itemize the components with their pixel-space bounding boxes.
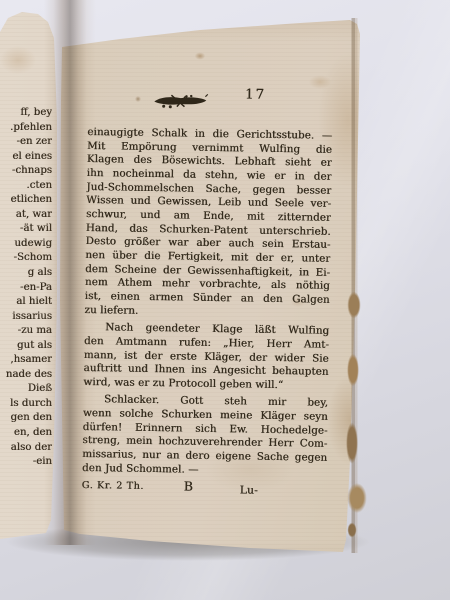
paragraph-3: Schlacker. Gott steh mir bey,wenn solche…: [82, 393, 328, 479]
printer-vignette-icon: [152, 93, 210, 111]
paragraph-1: einaugigte Schalk in die Gerichtsstube. …: [84, 126, 332, 321]
gutter-shadow: [44, 0, 96, 545]
page-header: 17: [87, 86, 333, 130]
paragraph-2: Nach geendeter Klage läßt Wulfingden Amt…: [83, 321, 329, 393]
catchword: Lu-: [240, 484, 258, 498]
photo-frame: ff, beypfehlen.en zer-el eineschnaps-cte…: [0, 0, 450, 600]
page-footer: G. Kr. 2 Th. B Lu-: [82, 477, 327, 501]
text-block: 17 einaugigte Schalk in die Gerichtsstub…: [82, 86, 333, 501]
page-number: 17: [245, 88, 266, 102]
gathering-letter: B: [184, 480, 194, 494]
fore-edge-deckle: [340, 18, 370, 553]
